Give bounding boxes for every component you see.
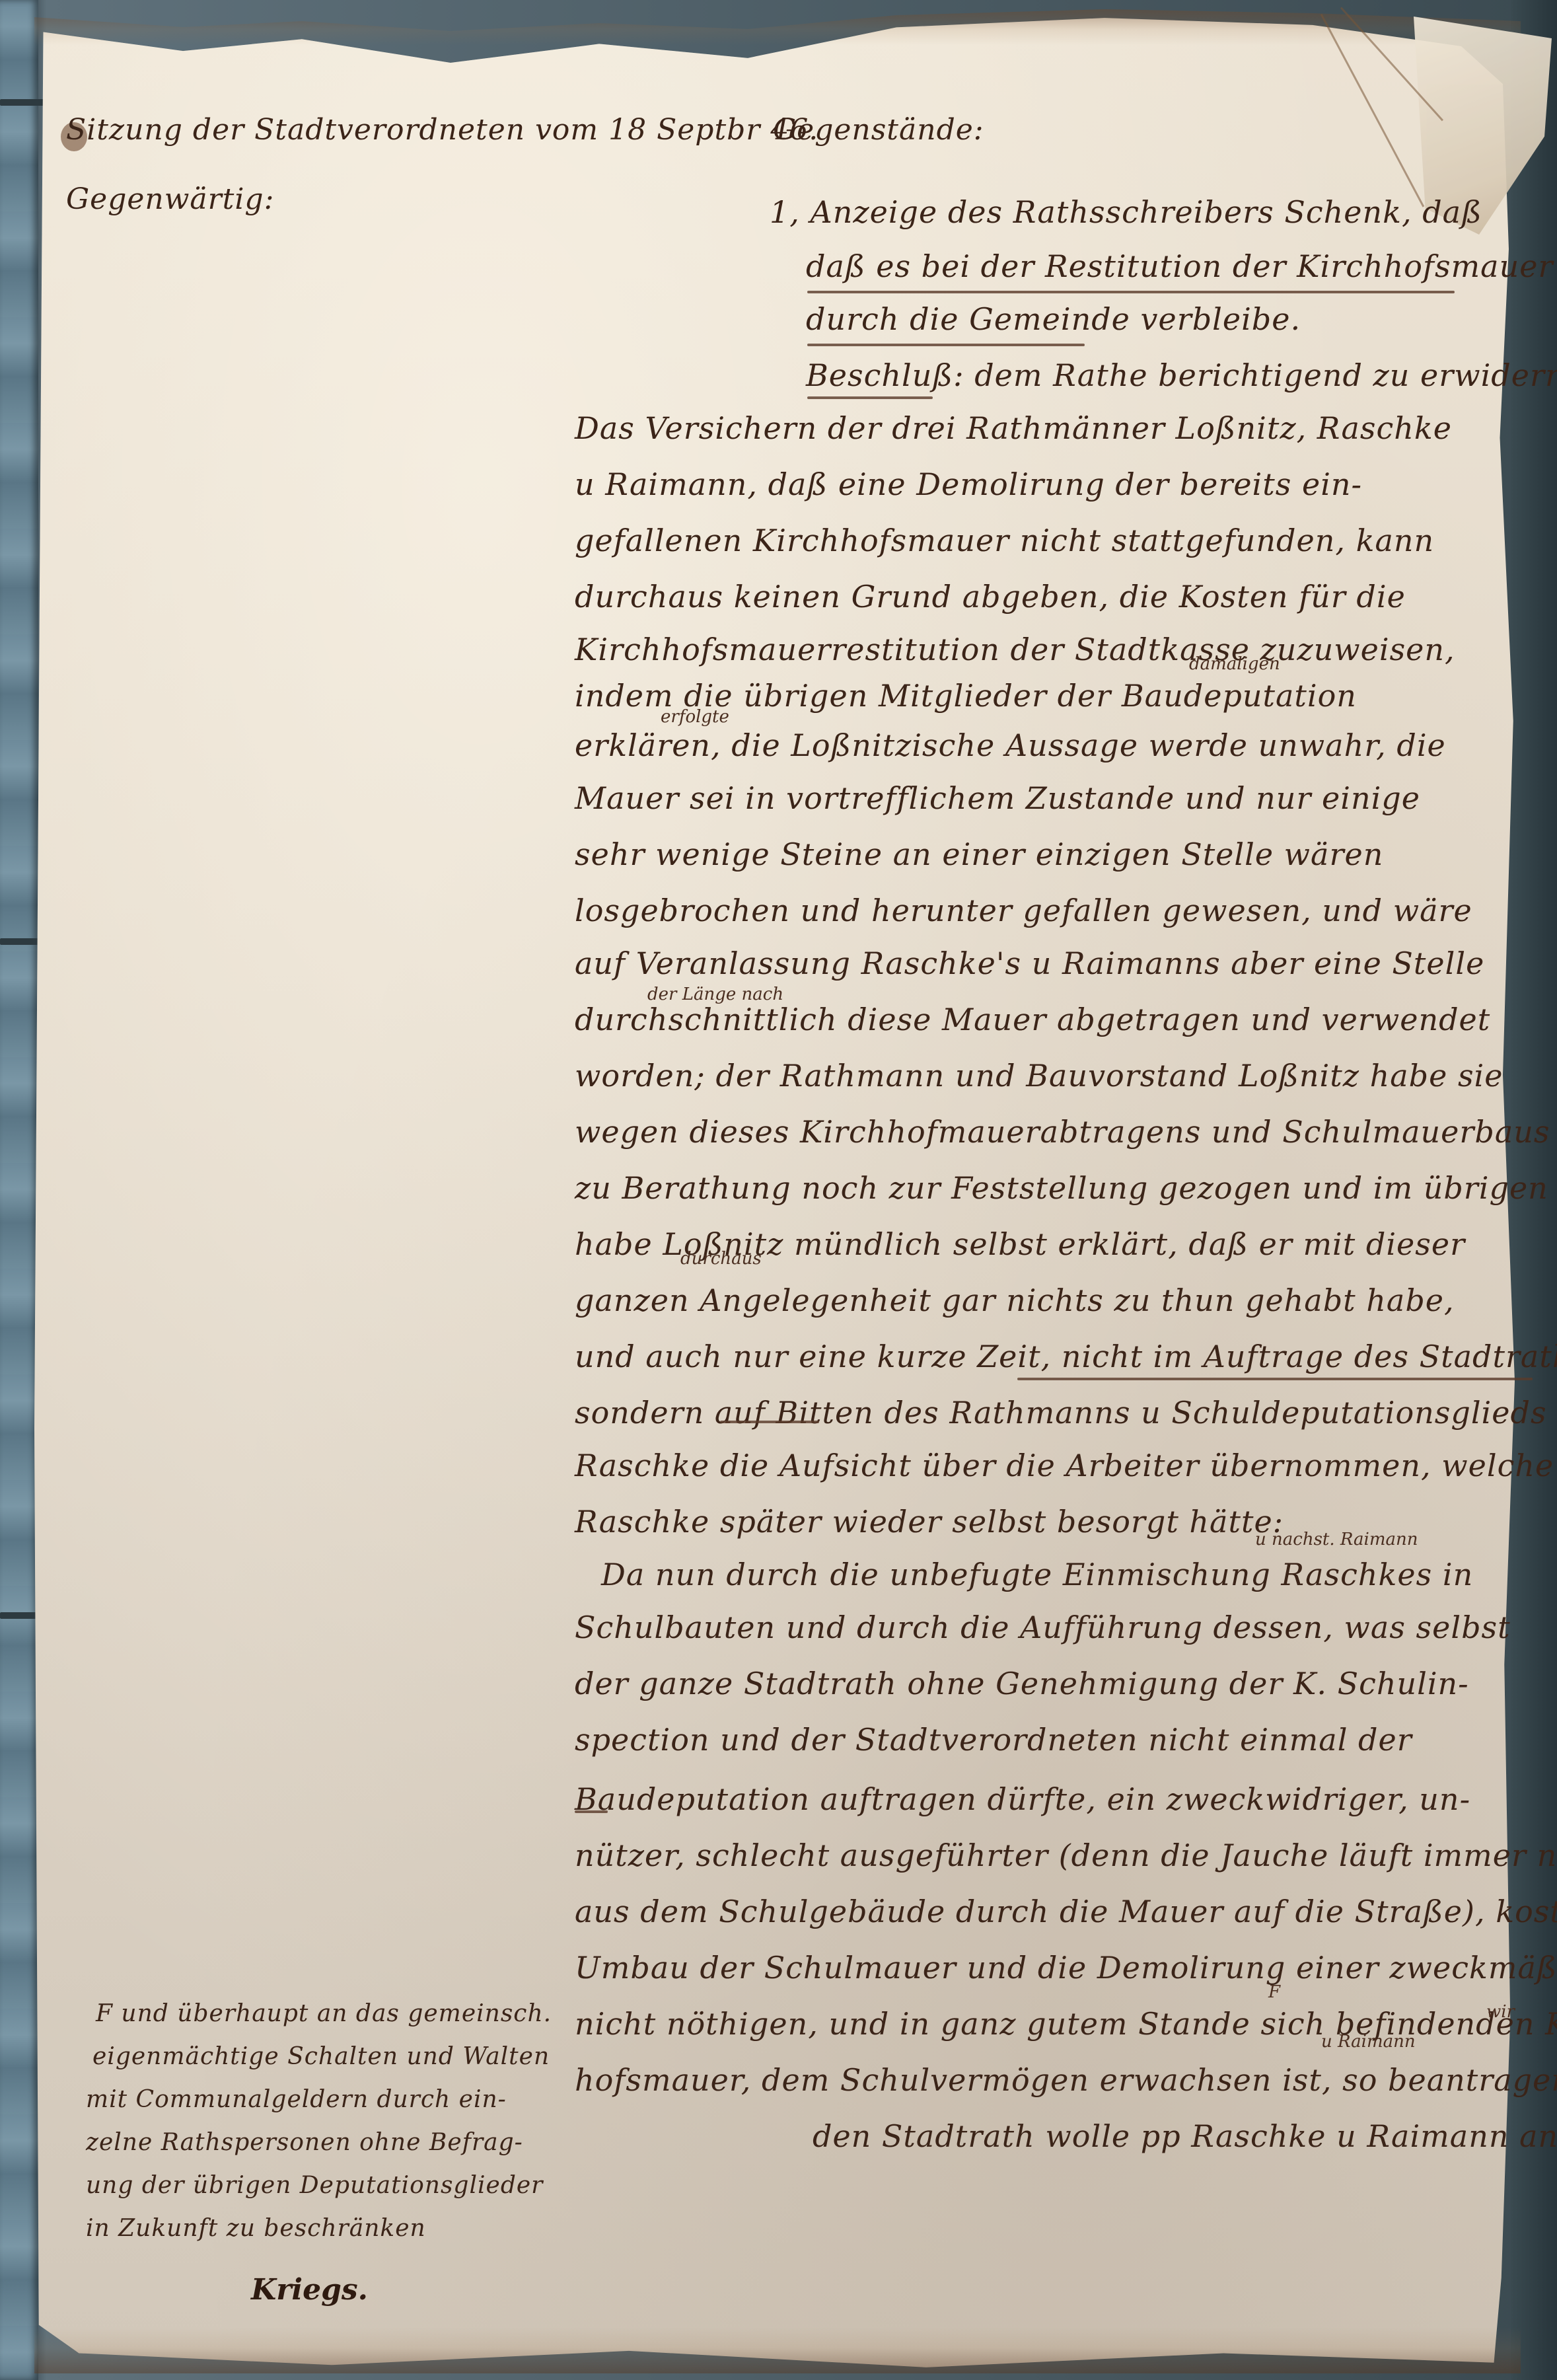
margin-note-line: in Zukunft zu beschränken	[86, 2217, 426, 2241]
margin-note-line: ung der übrigen Deputationsglieder	[86, 2174, 543, 2198]
resolution-line: wegen dieses Kirchhofmauerabtragens und …	[575, 1117, 1557, 1147]
resolution-line: Da nun durch die unbefugte Einmischung R…	[601, 1559, 1473, 1590]
margin-note-line: zelne Rathspersonen ohne Befrag-	[86, 2131, 523, 2155]
resolution-line: aus dem Schulgebäude durch die Mauer auf…	[575, 1896, 1557, 1927]
resolution-line: sehr wenige Steine an einer einzigen Ste…	[575, 839, 1383, 870]
interlinear-note: erfolgte	[661, 707, 729, 727]
resolution-line: worden; der Rathmann und Bauvorstand Loß…	[575, 1060, 1503, 1091]
resolution-line: spection und der Stadtverordneten nicht …	[575, 1725, 1412, 1755]
agenda-line: durch die Gemeinde verbleibe.	[806, 304, 1301, 334]
resolution-line: Schulbauten und durch die Aufführung des…	[575, 1612, 1511, 1643]
manuscript-photo: Sitzung der Stadtverordneten vom 18 Sept…	[0, 0, 1557, 2380]
resolution-line: auf Veranlassung Raschke's u Raimanns ab…	[575, 948, 1484, 979]
resolution-line: zu Berathung noch zur Feststellung gezog…	[575, 1173, 1548, 1203]
resolution-line: gefallenen Kirchhofsmauer nicht stattgef…	[575, 525, 1434, 556]
book-binding	[0, 0, 38, 2380]
resolution-line: und auch nur eine kurze Zeit, nicht im A…	[575, 1341, 1557, 1372]
binding-thread	[0, 99, 46, 106]
interlinear-note: F	[1268, 1982, 1280, 2002]
signature: Kriegs.	[251, 2273, 368, 2307]
resolution-line: u Raimann, daß eine Demolirung der berei…	[575, 469, 1362, 500]
subjects-label: Gegenstände:	[773, 116, 984, 145]
resolution-line: den Stadtrath wolle pp Raschke u Raimann…	[813, 2121, 1557, 2151]
resolution-line: ganzen Angelegenheit gar nichts zu thun …	[575, 1285, 1455, 1316]
margin-note-line: mit Communalgeldern durch ein-	[86, 2088, 507, 2112]
attendance-label: Gegenwärtig:	[66, 185, 274, 214]
resolution-line: losgebrochen und herunter gefallen gewes…	[575, 895, 1472, 926]
resolution-line: Mauer sei in vortrefflichem Zustande und…	[575, 783, 1420, 813]
resolution-line: Kirchhofsmauerrestitution der Stadtkasse…	[575, 634, 1455, 665]
interlinear-note: durchaus	[680, 1249, 762, 1269]
interlinear-note: u nachst. Raimann	[1255, 1530, 1418, 1549]
underline	[807, 396, 933, 399]
margin-note-line: eigenmächtige Schalten und Walten	[92, 2045, 550, 2069]
resolution-line: Raschke die Aufsicht über die Arbeiter ü…	[575, 1450, 1554, 1481]
resolution-line: sondern auf Bitten des Rathmanns u Schul…	[575, 1397, 1547, 1428]
interlinear-note: wir	[1486, 2002, 1515, 2022]
interlinear-note: damaligen	[1189, 654, 1280, 674]
resolution-line: Das Versichern der drei Rathmänner Loßni…	[575, 413, 1452, 443]
resolution-line: nützer, schlecht ausgeführter (denn die …	[575, 1840, 1557, 1871]
interlinear-note: u Raimann	[1321, 2032, 1416, 2052]
underline	[807, 344, 1085, 346]
agenda-line: daß es bei der Restitution der Kirchhofs…	[806, 251, 1553, 281]
underline	[575, 1810, 608, 1813]
underline	[720, 1421, 819, 1423]
agenda-line: 1, Anzeige des Rathsschreibers Schenk, d…	[770, 197, 1482, 227]
resolution-line: durchschnittlich diese Mauer abgetragen …	[575, 1004, 1490, 1035]
page-edge-bottom	[34, 2327, 1521, 2373]
underline	[1017, 1378, 1533, 1380]
resolution-line: der ganze Stadtrath ohne Genehmigung der…	[575, 1668, 1469, 1699]
margin-note-line: F und überhaupt an das gemeinsch.	[96, 2002, 552, 2026]
underline	[807, 291, 1455, 293]
page-edge-top	[34, 5, 1521, 45]
resolution-line: Baudeputation auftragen dürfte, ein zwec…	[575, 1784, 1470, 1814]
resolution-line: hofsmauer, dem Schulvermögen erwachsen i…	[575, 2065, 1557, 2095]
resolution-line: Umbau der Schulmauer und die Demolirung …	[575, 1952, 1557, 1983]
resolution-line: Raschke später wieder selbst besorgt hät…	[575, 1506, 1284, 1537]
resolution-line: Beschluß: dem Rathe berichtigend zu erwi…	[806, 360, 1557, 390]
resolution-line: durchaus keinen Grund abgeben, die Koste…	[575, 581, 1406, 612]
session-title: Sitzung der Stadtverordneten vom 18 Sept…	[66, 116, 818, 145]
resolution-line: erklären, die Loßnitzische Aussage werde…	[575, 730, 1446, 761]
